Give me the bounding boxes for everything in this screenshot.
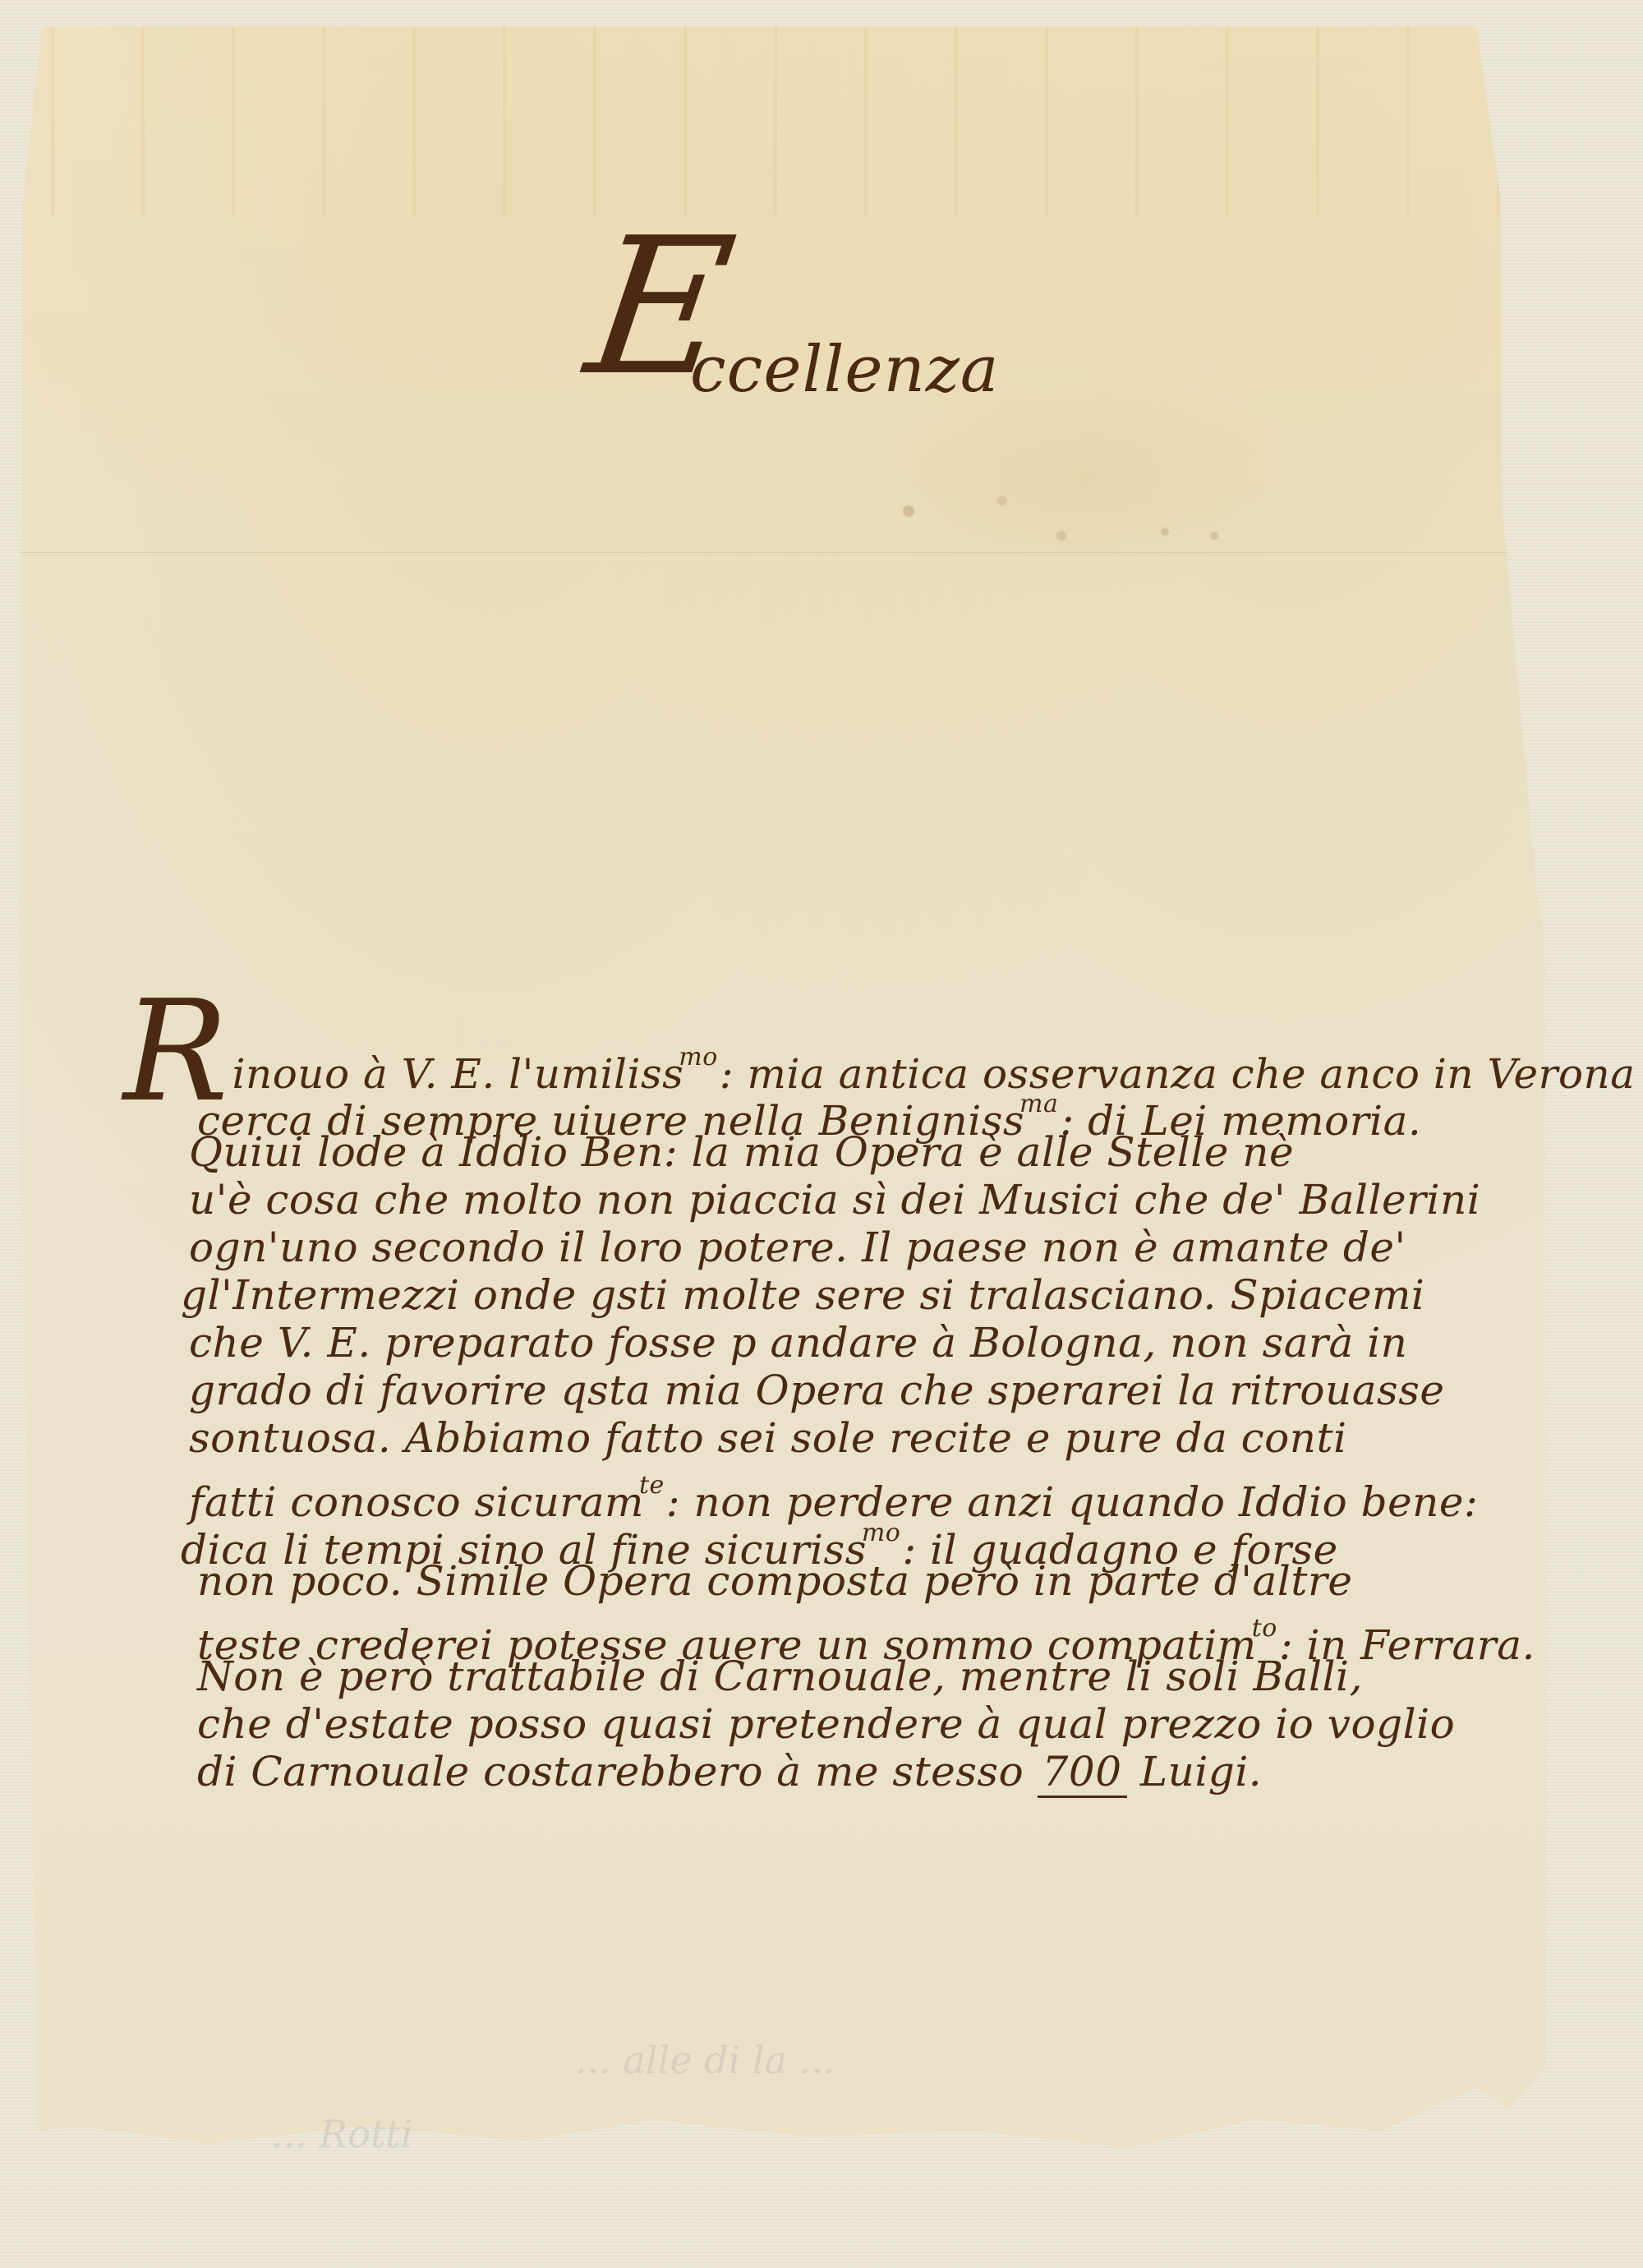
body-line: che V. E. preparato fosse p andare à Bol… bbox=[123, 1319, 1585, 1367]
body-line: Non è però trattabile di Carnouale, ment… bbox=[123, 1653, 1585, 1700]
line-text: u'è cosa che molto non piaccia sì dei Mu… bbox=[189, 1176, 1480, 1224]
underlined-amount: 700 bbox=[1038, 1748, 1127, 1798]
abbrev-superscript: ma bbox=[1019, 1090, 1058, 1118]
body-line: di Carnouale costarebbero à me stesso 70… bbox=[123, 1748, 1585, 1795]
abbrev-superscript: mo bbox=[862, 1519, 901, 1547]
line-text: ogn'uno secondo il loro potere. Il paese… bbox=[189, 1224, 1406, 1271]
body-line: sontuosa. Abbiamo fatto sei sole recite … bbox=[123, 1414, 1585, 1462]
abbrev-superscript: te bbox=[639, 1471, 665, 1500]
body-line: Rinouo à V. E. l'umilissmo: mia antica o… bbox=[123, 982, 1585, 1081]
abbrev-superscript: mo bbox=[679, 1043, 718, 1072]
foxing-stains bbox=[18, 26, 1604, 215]
body-line: u'è cosa che molto non piaccia sì dei Mu… bbox=[123, 1176, 1585, 1224]
line-text: sontuosa. Abbiamo fatto sei sole recite … bbox=[189, 1414, 1347, 1462]
letter-body: Rinouo à V. E. l'umilissmo: mia antica o… bbox=[123, 982, 1585, 1795]
offset-marks bbox=[840, 388, 1332, 593]
body-line: che d'estate posso quasi pretendere à qu… bbox=[123, 1700, 1585, 1748]
line-text: Luigi. bbox=[1127, 1748, 1263, 1795]
abbrev-superscript: to bbox=[1252, 1614, 1277, 1643]
body-line: gl'Intermezzi onde gsti molte sere si tr… bbox=[123, 1271, 1585, 1319]
line-text: che V. E. preparato fosse p andare à Bol… bbox=[189, 1319, 1407, 1367]
line-text: che d'estate posso quasi pretendere à qu… bbox=[197, 1700, 1455, 1748]
body-line: grado di favorire qsta mia Opera che spe… bbox=[123, 1367, 1585, 1414]
body-line: Quiui lode à Iddio Ben: la mia Opera è a… bbox=[123, 1128, 1585, 1176]
body-line: non poco. Simile Opera composta però in … bbox=[123, 1557, 1585, 1605]
body-line: cerca di sempre uiuere nella Benignissma… bbox=[123, 1081, 1585, 1128]
fold-crease bbox=[18, 552, 1604, 553]
body-line: ogn'uno secondo il loro potere. Il paese… bbox=[123, 1224, 1585, 1271]
salutation-heading: E ccellenza bbox=[591, 247, 1084, 411]
pencil-bleed-through: ... Rotti bbox=[271, 2112, 413, 2156]
pencil-bleed-through: ... alle di la ... bbox=[575, 2038, 835, 2082]
line-text: Non è però trattabile di Carnouale, ment… bbox=[197, 1653, 1363, 1700]
line-text: grado di favorire qsta mia Opera che spe… bbox=[189, 1367, 1444, 1414]
line-text: gl'Intermezzi onde gsti molte sere si tr… bbox=[181, 1271, 1424, 1319]
salutation-word: ccellenza bbox=[690, 333, 999, 407]
line-text: Quiui lode à Iddio Ben: la mia Opera è a… bbox=[189, 1128, 1294, 1176]
body-line: teste crederei potesse auere un sommo co… bbox=[123, 1605, 1585, 1653]
line-text: non poco. Simile Opera composta però in … bbox=[197, 1557, 1352, 1605]
body-line: dica li tempi sino al fine sicurissmo: i… bbox=[123, 1510, 1585, 1557]
body-line: fatti conosco sicuramte: non perdere anz… bbox=[123, 1462, 1585, 1510]
line-text: di Carnouale costarebbero à me stesso bbox=[197, 1748, 1038, 1795]
